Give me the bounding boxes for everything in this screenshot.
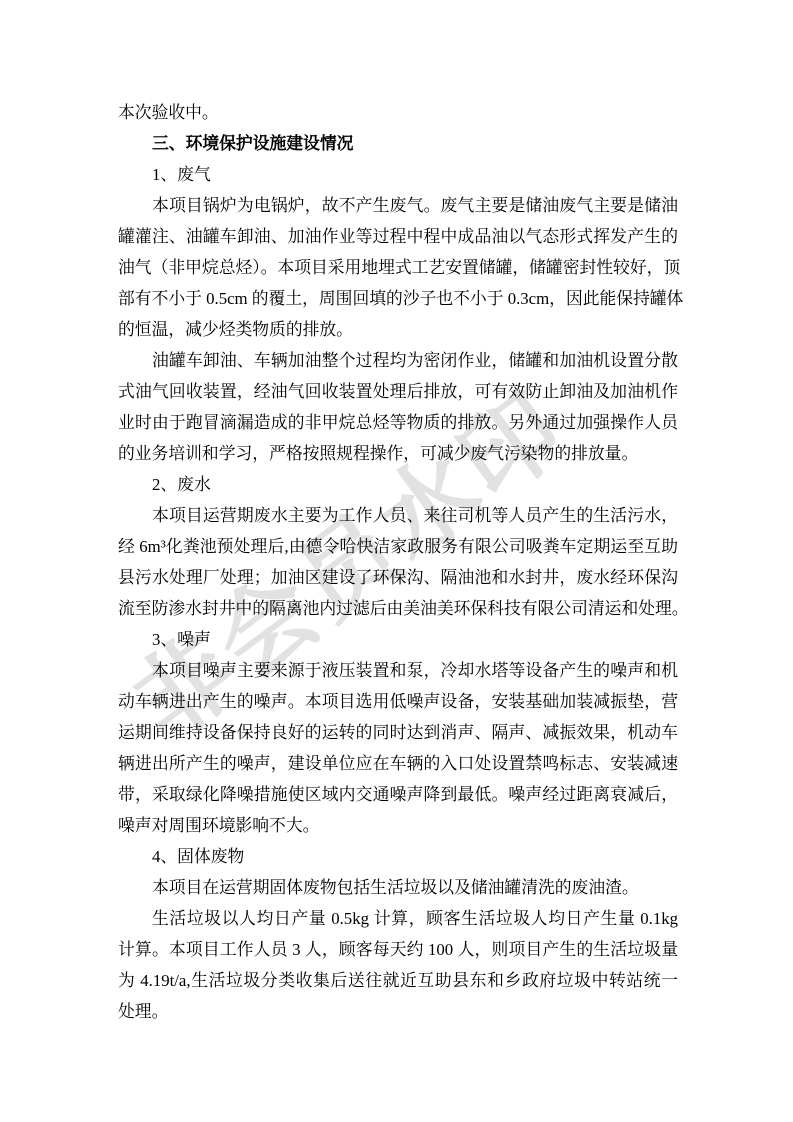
text-line: 动车辆进出产生的噪声。本项目选用低噪声设备，安装基础加装减振垫，营: [118, 686, 678, 717]
text-line: 计算。本项目工作人员 3 人，顾客每天约 100 人，则项目产生的生活垃圾量: [118, 934, 678, 965]
text-line: 本项目在运营期固体废物包括生活垃圾以及储油罐清洗的废油渣。: [118, 872, 678, 903]
numbered-item-heading: 1、废气: [118, 159, 678, 190]
text-line: 式油气回收装置，经油气回收装置处理后排放，可有效防止卸油及加油机作: [118, 376, 678, 407]
text-line: 县污水处理厂处理；加油区建设了环保沟、隔油池和水封井，废水经环保沟: [118, 562, 678, 593]
text-line: 油罐车卸油、车辆加油整个过程均为密闭作业，储罐和加油机设置分散: [118, 345, 678, 376]
text-line: 本项目锅炉为电锅炉，故不产生废气。废气主要是储油废气主要是储油: [118, 190, 678, 221]
text-line: 带，采取绿化降噪措施使区域内交通噪声降到最低。噪声经过距离衰减后，: [118, 779, 678, 810]
text-line: 的恒温，减少烃类物质的排放。: [118, 314, 678, 345]
numbered-item-heading: 4、固体废物: [118, 841, 678, 872]
text-line: 本次验收中。: [118, 97, 678, 128]
text-line: 罐灌注、油罐车卸油、加油作业等过程中程中成品油以气态形式挥发产生的: [118, 221, 678, 252]
text-line: 噪声对周围环境影响不大。: [118, 810, 678, 841]
document-page: 非会员水印 本次验收中。三、环境保护设施建设情况1、废气本项目锅炉为电锅炉，故不…: [0, 0, 793, 1122]
text-line: 业时由于跑冒滴漏造成的非甲烷总烃等物质的排放。另外通过加强操作人员: [118, 407, 678, 438]
text-line: 油气（非甲烷总烃）。本项目采用地埋式工艺安置储罐，储罐密封性较好，顶: [118, 252, 678, 283]
numbered-item-heading: 3、噪声: [118, 624, 678, 655]
text-line: 本项目噪声主要来源于液压装置和泵，冷却水塔等设备产生的噪声和机: [118, 655, 678, 686]
text-line: 辆进出所产生的噪声，建设单位应在车辆的入口处设置禁鸣标志、安装减速: [118, 748, 678, 779]
numbered-item-heading: 2、废水: [118, 469, 678, 500]
text-line: 经 6m³化粪池预处理后,由德令哈快洁家政服务有限公司吸粪车定期运至互助: [118, 531, 678, 562]
text-line: 生活垃圾以人均日产量 0.5kg 计算，顾客生活垃圾人均日产生量 0.1kg: [118, 903, 678, 934]
text-line: 处理。: [118, 996, 678, 1027]
section-heading: 三、环境保护设施建设情况: [118, 128, 678, 159]
text-line: 的业务培训和学习，严格按照规程操作，可减少废气污染物的排放量。: [118, 438, 678, 469]
document-lines: 本次验收中。三、环境保护设施建设情况1、废气本项目锅炉为电锅炉，故不产生废气。废…: [118, 97, 678, 1027]
text-line: 为 4.19t/a,生活垃圾分类收集后送往就近互助县东和乡政府垃圾中转站统一: [118, 965, 678, 996]
text-line: 流至防渗水封井中的隔离池内过滤后由美油美环保科技有限公司清运和处理。: [118, 593, 678, 624]
text-line: 本项目运营期废水主要为工作人员、来往司机等人员产生的生活污水，: [118, 500, 678, 531]
text-line: 运期间维持设备保持良好的运转的同时达到消声、隔声、减振效果，机动车: [118, 717, 678, 748]
text-line: 部有不小于 0.5cm 的覆土，周围回填的沙子也不小于 0.3cm，因此能保持罐…: [118, 283, 678, 314]
